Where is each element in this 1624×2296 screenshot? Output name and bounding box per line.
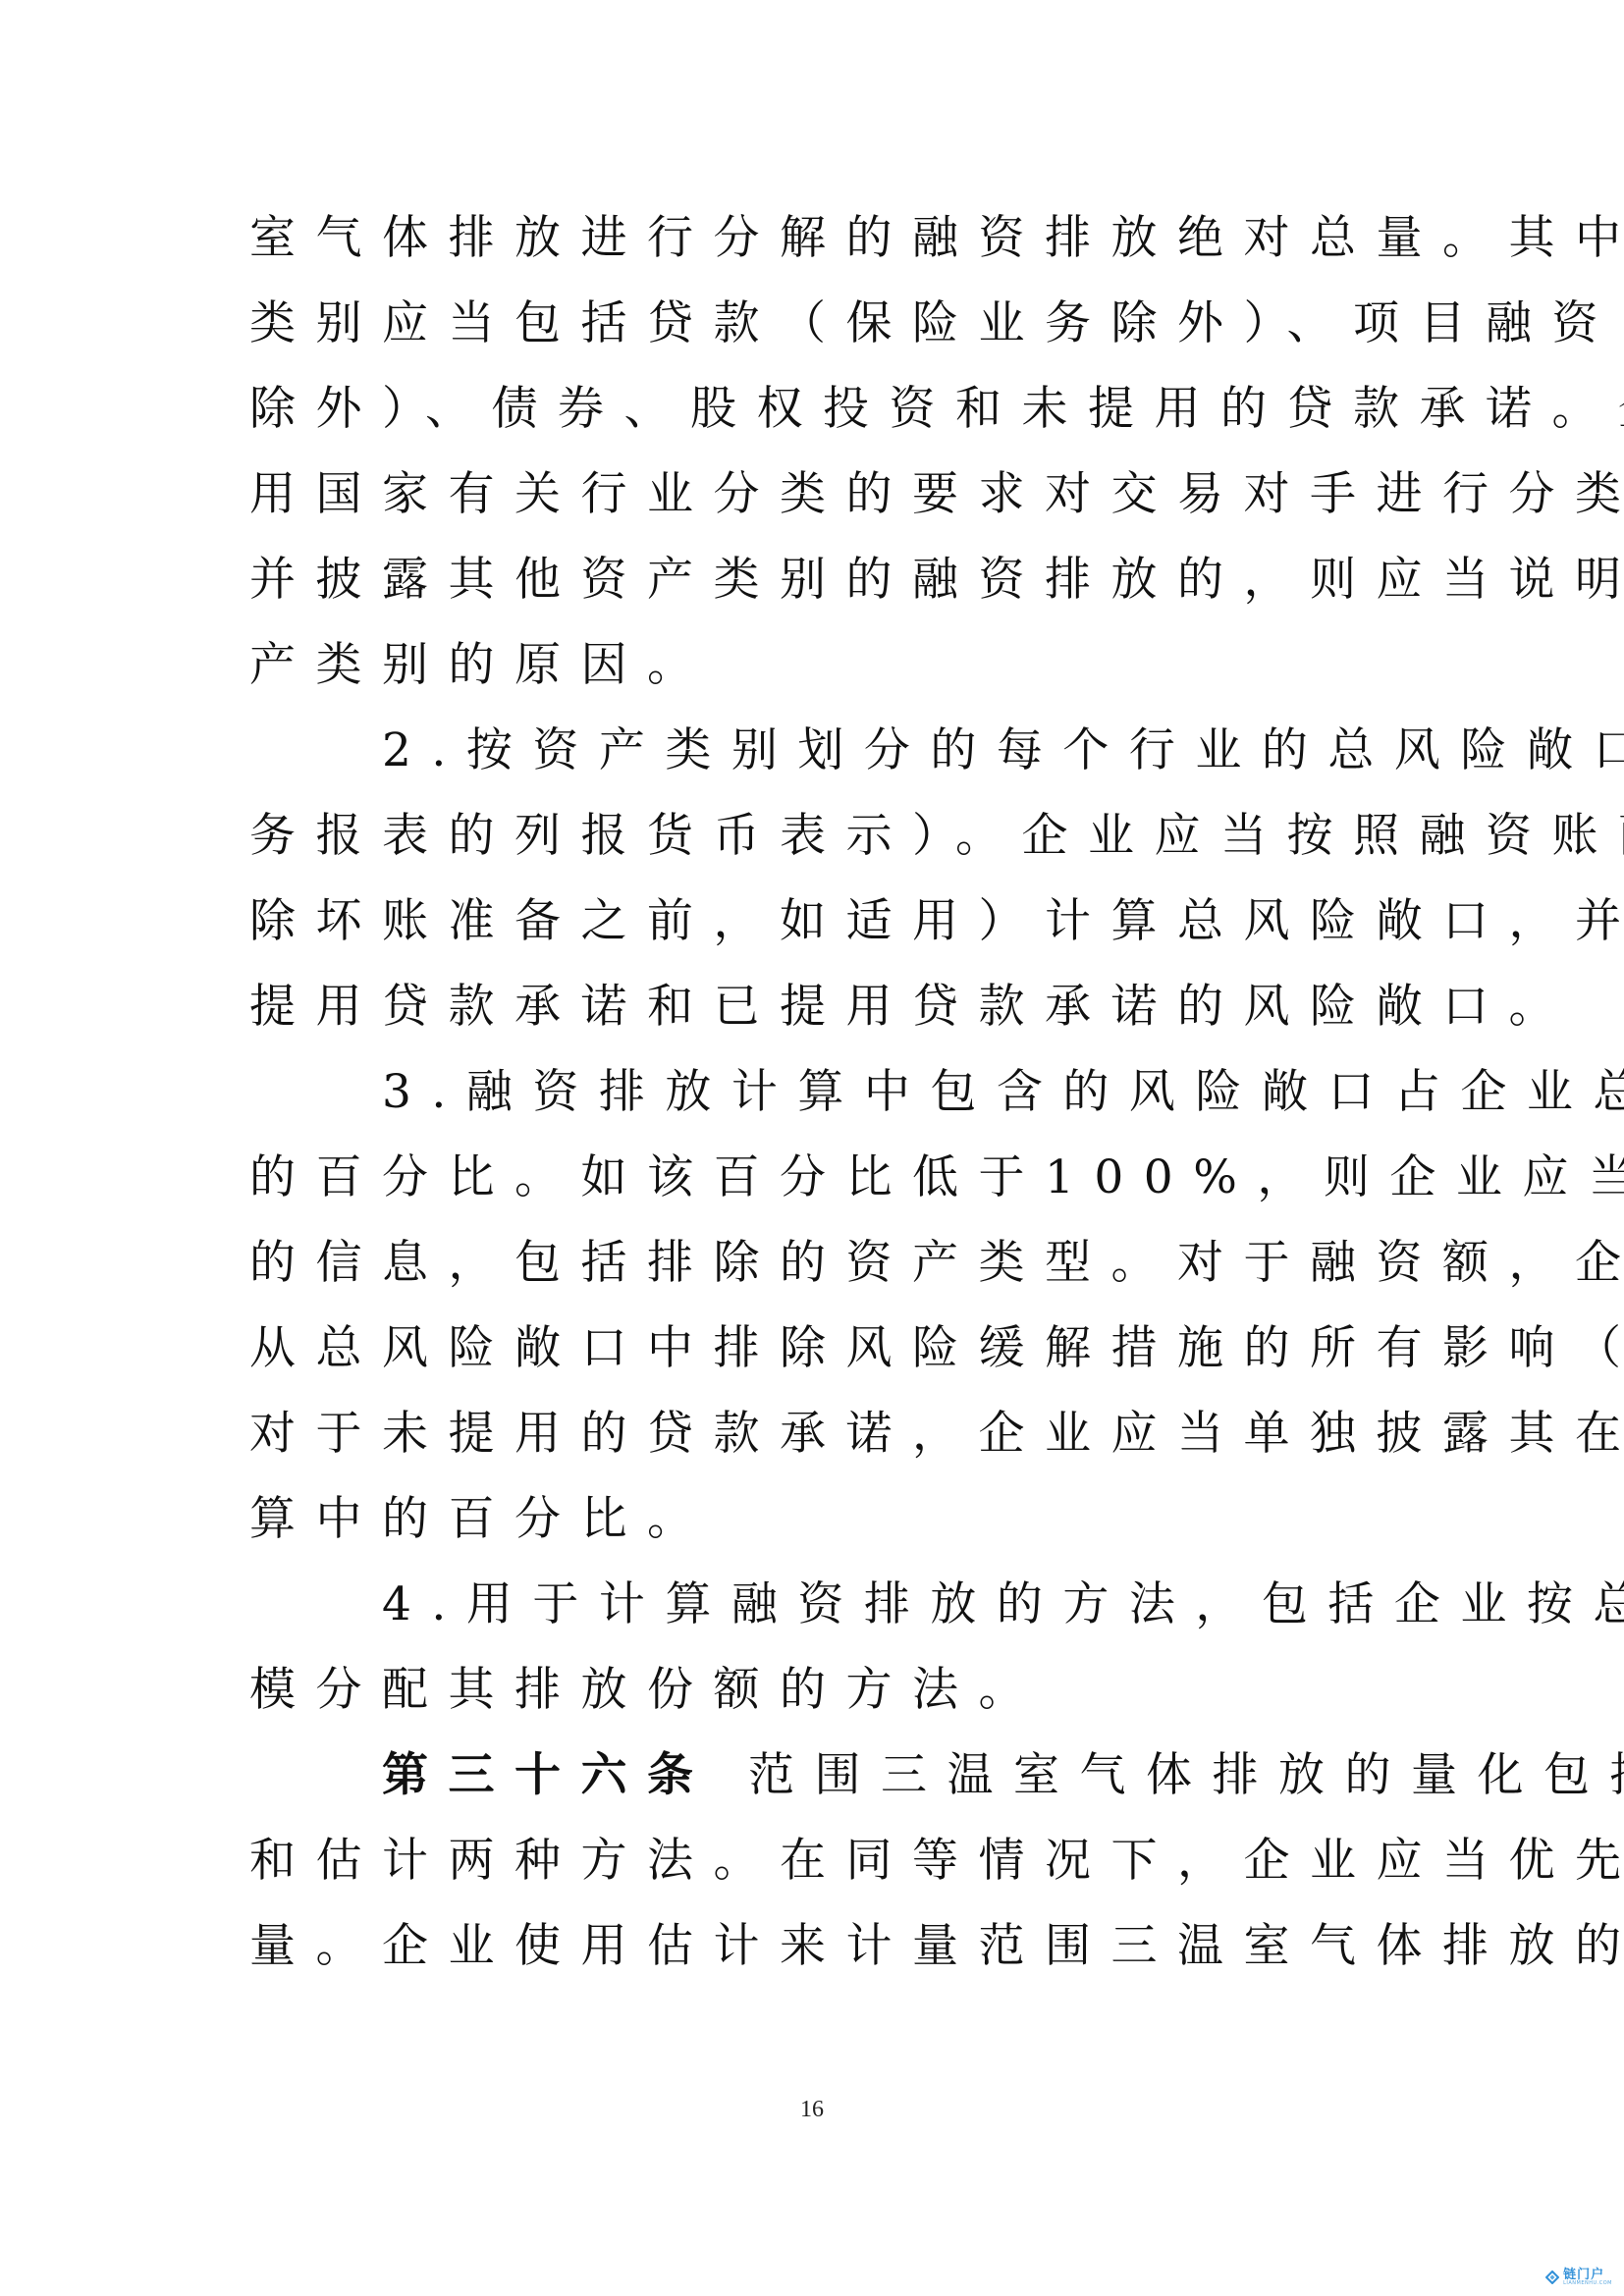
body-text: 室气体排放进行分解的融资排放绝对总量。其中，披露资产 类别应当包括贷款（保险业务… — [249, 195, 1388, 1989]
item-4-text: 4.用于计算融资排放的方法，包括企业按总风险敞口规 — [382, 1577, 1624, 1631]
text-line: 提用贷款承诺和已提用贷款承诺的风险敞口。 — [249, 964, 1388, 1049]
text-line: 算中的百分比。 — [249, 1476, 1388, 1562]
document-page: 室气体排放进行分解的融资排放绝对总量。其中，披露资产 类别应当包括贷款（保险业务… — [0, 0, 1624, 2296]
article-heading: 第三十六条 — [382, 1748, 714, 1802]
item-2-text: 2.按资产类别划分的每个行业的总风险敞口（以企业财 — [382, 723, 1624, 777]
text-line-item-4: 4.用于计算融资排放的方法，包括企业按总风险敞口规 — [249, 1562, 1388, 1647]
watermark-domain: LIANMENHU.COM — [1563, 2281, 1612, 2286]
text-line: 量。企业使用估计来计量范围三温室气体排放的，可以使用 — [249, 1903, 1388, 1989]
text-line: 用国家有关行业分类的要求对交易对手进行分类。企业计算 — [249, 452, 1388, 537]
text-line: 产类别的原因。 — [249, 622, 1388, 708]
watermark-text: 链门户 LIANMENHU.COM — [1563, 2269, 1612, 2286]
item-3-text: 3.融资排放计算中包含的风险敞口占企业总风险敞口 — [382, 1065, 1624, 1119]
text-line: 的信息，包括排除的资产类型。对于融资额，企业应当披露 — [249, 1220, 1388, 1306]
article-36-line: 第三十六条 范围三温室气体排放的量化包括直接计量 — [249, 1733, 1388, 1818]
text-line: 除坏账准备之前，如适用）计算总风险敞口，并分别披露未 — [249, 879, 1388, 964]
text-line: 除外）、债券、股权投资和未提用的贷款承诺。企业应当使 — [249, 366, 1388, 452]
text-line: 并披露其他资产类别的融资排放的，则应当说明纳入其他资 — [249, 537, 1388, 622]
diamond-logo-icon — [1545, 2270, 1559, 2284]
text-line: 务报表的列报货币表示）。企业应当按照融资账面金额（扣 — [249, 793, 1388, 879]
watermark: 链门户 LIANMENHU.COM — [1545, 2269, 1612, 2286]
text-line-item-2: 2.按资产类别划分的每个行业的总风险敞口（以企业财 — [249, 708, 1388, 793]
page-number: 16 — [0, 2097, 1624, 2123]
text-line-item-3: 3.融资排放计算中包含的风险敞口占企业总风险敞口 — [249, 1049, 1388, 1135]
text-line: 从总风险敞口中排除风险缓解措施的所有影响（如适用）。 — [249, 1306, 1388, 1391]
text-line: 类别应当包括贷款（保险业务除外）、项目融资（保险业务 — [249, 281, 1388, 366]
article-36-text: 范围三温室气体排放的量化包括直接计量 — [714, 1748, 1624, 1802]
text-line: 室气体排放进行分解的融资排放绝对总量。其中，披露资产 — [249, 195, 1388, 281]
text-line: 和估计两种方法。在同等情况下，企业应当优先使用直接计 — [249, 1818, 1388, 1903]
text-line: 的百分比。如该百分比低于100%，则企业应当披露排除情况 — [249, 1135, 1388, 1220]
text-line: 模分配其排放份额的方法。 — [249, 1647, 1388, 1733]
text-line: 对于未提用的贷款承诺，企业应当单独披露其在融资排放计 — [249, 1391, 1388, 1476]
